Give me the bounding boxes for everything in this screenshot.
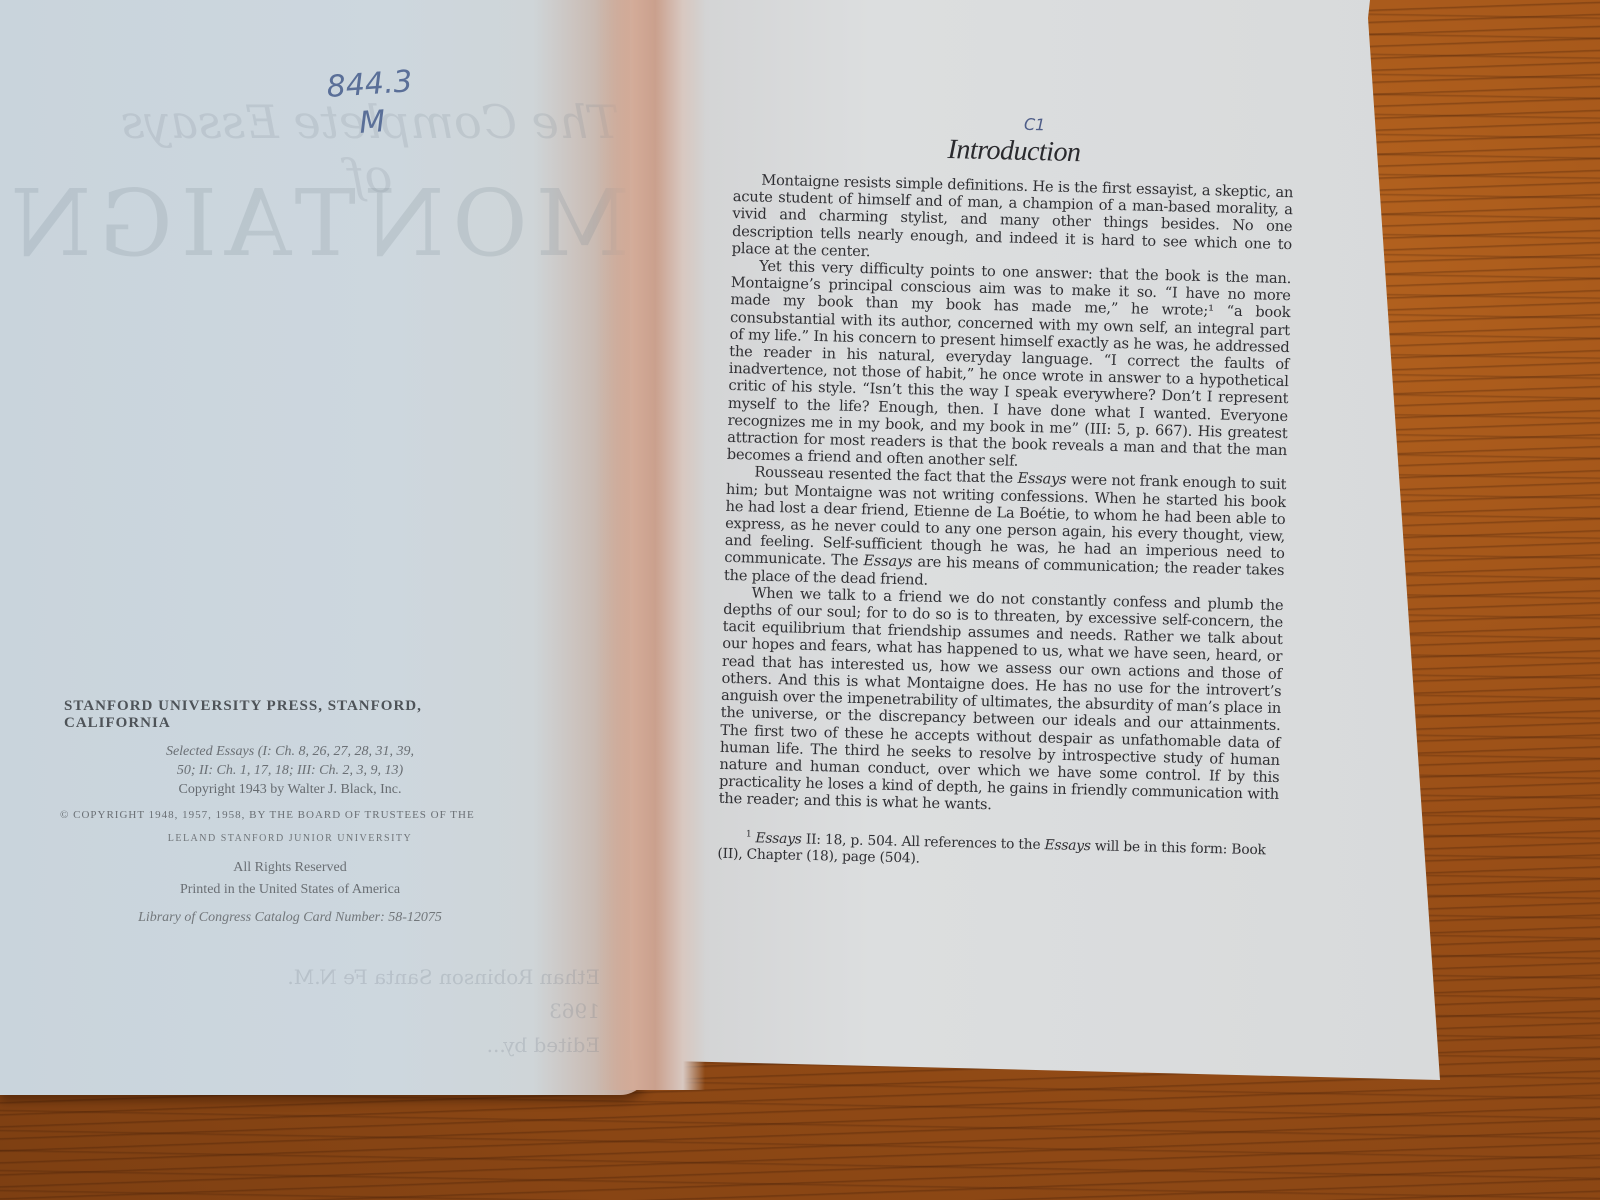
footnote-essays-italic-1: Essays — [755, 830, 802, 847]
p3-essays-italic-2: Essays — [863, 553, 912, 571]
bleed-line-1: Ethan Robinson Santa Fe N.M. — [40, 960, 600, 994]
paragraph-2: Yet this very difficulty points to one a… — [727, 257, 1292, 477]
handwritten-call-number: 844.3 M — [325, 63, 416, 145]
lccn: Library of Congress Catalog Card Number:… — [60, 910, 520, 926]
rights-reserved: All Rights Reserved — [60, 860, 520, 876]
paragraph-3: Rousseau resented the fact that the Essa… — [724, 463, 1287, 597]
p3-essays-italic-1: Essays — [1017, 470, 1066, 488]
left-page-copyright: The Complete Essays of MONTAIGNE 844.3 M… — [0, 0, 650, 1095]
press-name: STANFORD UNIVERSITY PRESS, STANFORD, CAL… — [60, 698, 520, 732]
selected-essays-line-2: 50; II: Ch. 1, 17, 18; III: Ch. 2, 3, 9,… — [60, 761, 520, 780]
call-letter: M — [328, 101, 416, 145]
copyright-board: © COPYRIGHT 1948, 1957, 1958, BY THE BOA… — [60, 809, 520, 821]
publisher-imprint: STANFORD UNIVERSITY PRESS, STANFORD, CAL… — [60, 698, 520, 926]
footnote-essays-italic-2: Essays — [1044, 837, 1091, 854]
copyright-1943: Copyright 1943 by Walter J. Black, Inc. — [60, 780, 520, 799]
call-number: 844.3 — [325, 63, 413, 107]
introduction-text-block: C1 Introduction Montaigne resists simple… — [717, 108, 1295, 876]
bleed-line-2: 1963 — [40, 994, 600, 1028]
bleed-through-title: MONTAIGNE — [110, 170, 630, 277]
paragraph-1: Montaigne resists simple definitions. He… — [731, 171, 1293, 270]
printed-in: Printed in the United States of America — [60, 882, 520, 898]
paragraph-4: When we talk to a friend we do not const… — [719, 584, 1284, 821]
university-name: LELAND STANFORD JUNIOR UNIVERSITY — [60, 833, 520, 844]
book-gutter — [595, 0, 705, 1090]
selected-essays-line-1: Selected Essays (I: Ch. 8, 26, 27, 28, 3… — [60, 742, 520, 761]
bleed-line-3: Edited by... — [40, 1028, 600, 1062]
footnote-marker: 1 — [746, 829, 752, 839]
bleed-through-bottom: Ethan Robinson Santa Fe N.M. 1963 Edited… — [40, 960, 600, 1062]
